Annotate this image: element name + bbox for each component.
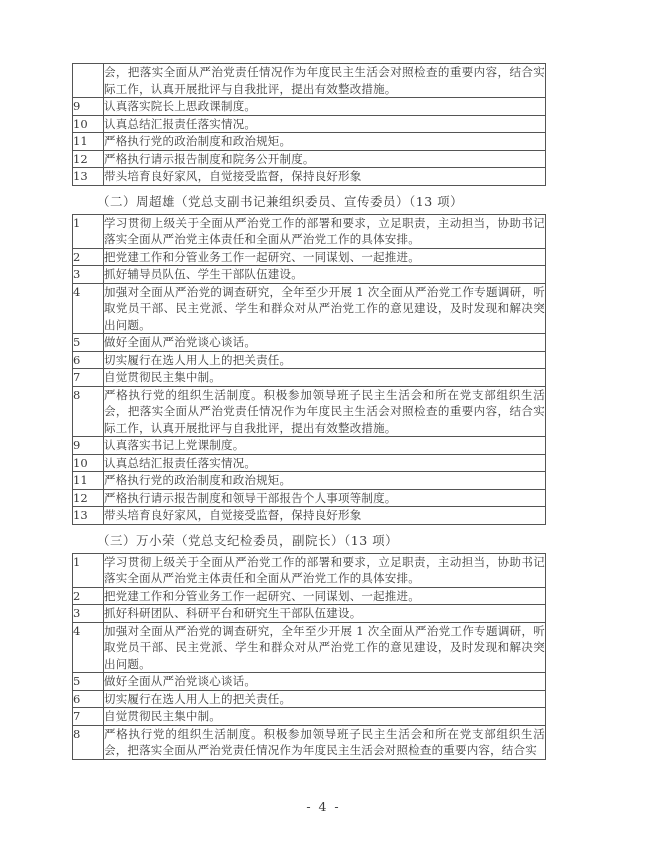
row-number-cell: 2: [73, 248, 104, 266]
sections-container: 会，把落实全面从严治党责任情况作为年度民主生活会对照检查的重要内容，结合实际工作…: [72, 63, 546, 760]
row-number-cell: 3: [73, 266, 104, 284]
row-number-cell: 13: [73, 168, 104, 186]
row-text-cell: 加强对全面从严治党的调查研究，全年至少开展 1 次全面从严治党工作专题调研，听取…: [104, 622, 546, 673]
table-row: 11 严格执行党的政治制度和政治规矩。: [73, 133, 546, 151]
table-row: 5 做好全面从严治党谈心谈话。: [73, 334, 546, 352]
table-row: 会，把落实全面从严治党责任情况作为年度民主生活会对照检查的重要内容，结合实际工作…: [73, 64, 546, 98]
table-row: 8 严格执行党的组织生活制度。积极参加领导班子民主生活会和所在党支部组织生活会，…: [73, 386, 546, 437]
row-text-cell: 严格执行党的组织生活制度。积极参加领导班子民主生活会和所在党支部组织生活会，把落…: [104, 386, 546, 437]
section: 会，把落实全面从严治党责任情况作为年度民主生活会对照检查的重要内容，结合实际工作…: [72, 63, 546, 186]
row-number-cell: 4: [73, 622, 104, 673]
document-page: 会，把落实全面从严治党责任情况作为年度民主生活会对照检查的重要内容，结合实际工作…: [0, 0, 647, 855]
row-number-cell: 7: [73, 369, 104, 387]
row-text-cell: 严格执行党的政治制度和政治规矩。: [104, 133, 546, 151]
items-table: 1 学习贯彻上级关于全面从严治党工作的部署和要求，立足职责，主动担当，协助书记落…: [72, 553, 546, 760]
table-row: 11 严格执行党的政治制度和政治规矩。: [73, 472, 546, 490]
row-text-cell: 严格执行请示报告制度和领导干部报告个人事项等制度。: [104, 489, 546, 507]
row-text-cell: 加强对全面从严治党的调查研究，全年至少开展 1 次全面从严治党工作专题调研，听取…: [104, 283, 546, 334]
row-number-cell: 1: [73, 553, 104, 587]
table-row: 9 认真落实书记上党课制度。: [73, 437, 546, 455]
items-table: 1 学习贯彻上级关于全面从严治党工作的部署和要求，立足职责，主动担当，协助书记落…: [72, 214, 546, 525]
section: （二）周超雄（党总支副书记兼组织委员、宣传委员）（13 项） 1 学习贯彻上级关…: [72, 195, 546, 525]
row-number-cell: 8: [73, 386, 104, 437]
row-number-cell: 13: [73, 507, 104, 525]
row-text-cell: 认真总结汇报责任落实情况。: [104, 454, 546, 472]
row-number-cell: 1: [73, 214, 104, 248]
row-number-cell: 8: [73, 725, 104, 759]
row-text-cell: 做好全面从严治党谈心谈话。: [104, 673, 546, 691]
section: （三）万小荣（党总支纪检委员，副院长）（13 项） 1 学习贯彻上级关于全面从严…: [72, 534, 546, 760]
row-number-cell: 6: [73, 351, 104, 369]
row-number-cell: 11: [73, 133, 104, 151]
row-text-cell: 会，把落实全面从严治党责任情况作为年度民主生活会对照检查的重要内容，结合实际工作…: [104, 64, 546, 98]
table-row: 8 严格执行党的组织生活制度。积极参加领导班子民主生活会和所在党支部组织生活会，…: [73, 725, 546, 759]
table-row: 10 认真总结汇报责任落实情况。: [73, 115, 546, 133]
table-row: 3 抓好辅导员队伍、学生干部队伍建设。: [73, 266, 546, 284]
row-number-cell: 9: [73, 437, 104, 455]
table-row: 4 加强对全面从严治党的调查研究，全年至少开展 1 次全面从严治党工作专题调研，…: [73, 283, 546, 334]
table-row: 13 带头培育良好家风，自觉接受监督，保持良好形象: [73, 168, 546, 186]
row-text-cell: 切实履行在选人用人上的把关责任。: [104, 690, 546, 708]
row-number-cell: 4: [73, 283, 104, 334]
row-number-cell: 10: [73, 115, 104, 133]
row-text-cell: 学习贯彻上级关于全面从严治党工作的部署和要求，立足职责，主动担当，协助书记落实全…: [104, 214, 546, 248]
row-number-cell: 3: [73, 605, 104, 623]
table-row: 6 切实履行在选人用人上的把关责任。: [73, 351, 546, 369]
row-number-cell: 7: [73, 708, 104, 726]
row-text-cell: 做好全面从严治党谈心谈话。: [104, 334, 546, 352]
row-text-cell: 认真落实书记上党课制度。: [104, 437, 546, 455]
section-heading: （二）周超雄（党总支副书记兼组织委员、宣传委员）（13 项）: [72, 195, 546, 209]
table-row: 4 加强对全面从严治党的调查研究，全年至少开展 1 次全面从严治党工作专题调研，…: [73, 622, 546, 673]
row-number-cell: 2: [73, 587, 104, 605]
row-number-cell: 6: [73, 690, 104, 708]
row-text-cell: 自觉贯彻民主集中制。: [104, 369, 546, 387]
table-body: 1 学习贯彻上级关于全面从严治党工作的部署和要求，立足职责，主动担当，协助书记落…: [73, 553, 546, 759]
section-heading: （三）万小荣（党总支纪检委员，副院长）（13 项）: [72, 534, 546, 548]
table-row: 7 自觉贯彻民主集中制。: [73, 369, 546, 387]
row-text-cell: 自觉贯彻民主集中制。: [104, 708, 546, 726]
row-text-cell: 学习贯彻上级关于全面从严治党工作的部署和要求，立足职责，主动担当，协助书记落实全…: [104, 553, 546, 587]
table-row: 2 把党建工作和分管业务工作一起研究、一同谋划、一起推进。: [73, 248, 546, 266]
row-number-cell: 5: [73, 673, 104, 691]
row-text-cell: 抓好辅导员队伍、学生干部队伍建设。: [104, 266, 546, 284]
table-row: 10 认真总结汇报责任落实情况。: [73, 454, 546, 472]
row-number-cell: 9: [73, 98, 104, 116]
row-number-cell: 5: [73, 334, 104, 352]
table-row: 5 做好全面从严治党谈心谈话。: [73, 673, 546, 691]
row-text-cell: 认真落实院长上思政课制度。: [104, 98, 546, 116]
page-number: - 4 -: [0, 799, 647, 814]
row-text-cell: 抓好科研团队、科研平台和研究生干部队伍建设。: [104, 605, 546, 623]
row-text-cell: 切实履行在选人用人上的把关责任。: [104, 351, 546, 369]
row-text-cell: 带头培育良好家风，自觉接受监督，保持良好形象: [104, 507, 546, 525]
row-number-cell: 12: [73, 150, 104, 168]
table-body: 会，把落实全面从严治党责任情况作为年度民主生活会对照检查的重要内容，结合实际工作…: [73, 64, 546, 186]
row-number-cell: 10: [73, 454, 104, 472]
table-row: 3 抓好科研团队、科研平台和研究生干部队伍建设。: [73, 605, 546, 623]
row-number-cell: [73, 64, 104, 98]
table-row: 13 带头培育良好家风，自觉接受监督，保持良好形象: [73, 507, 546, 525]
row-text-cell: 把党建工作和分管业务工作一起研究、一同谋划、一起推进。: [104, 587, 546, 605]
table-row: 2 把党建工作和分管业务工作一起研究、一同谋划、一起推进。: [73, 587, 546, 605]
items-table: 会，把落实全面从严治党责任情况作为年度民主生活会对照检查的重要内容，结合实际工作…: [72, 63, 546, 186]
row-text-cell: 带头培育良好家风，自觉接受监督，保持良好形象: [104, 168, 546, 186]
row-text-cell: 认真总结汇报责任落实情况。: [104, 115, 546, 133]
row-number-cell: 11: [73, 472, 104, 490]
table-row: 7 自觉贯彻民主集中制。: [73, 708, 546, 726]
row-text-cell: 把党建工作和分管业务工作一起研究、一同谋划、一起推进。: [104, 248, 546, 266]
table-body: 1 学习贯彻上级关于全面从严治党工作的部署和要求，立足职责，主动担当，协助书记落…: [73, 214, 546, 524]
table-row: 12 严格执行请示报告制度和领导干部报告个人事项等制度。: [73, 489, 546, 507]
table-row: 1 学习贯彻上级关于全面从严治党工作的部署和要求，立足职责，主动担当，协助书记落…: [73, 553, 546, 587]
table-row: 12 严格执行请示报告制度和院务公开制度。: [73, 150, 546, 168]
table-row: 9 认真落实院长上思政课制度。: [73, 98, 546, 116]
row-text-cell: 严格执行党的政治制度和政治规矩。: [104, 472, 546, 490]
row-text-cell: 严格执行党的组织生活制度。积极参加领导班子民主生活会和所在党支部组织生活会，把落…: [104, 725, 546, 759]
table-row: 6 切实履行在选人用人上的把关责任。: [73, 690, 546, 708]
table-row: 1 学习贯彻上级关于全面从严治党工作的部署和要求，立足职责，主动担当，协助书记落…: [73, 214, 546, 248]
row-number-cell: 12: [73, 489, 104, 507]
row-text-cell: 严格执行请示报告制度和院务公开制度。: [104, 150, 546, 168]
